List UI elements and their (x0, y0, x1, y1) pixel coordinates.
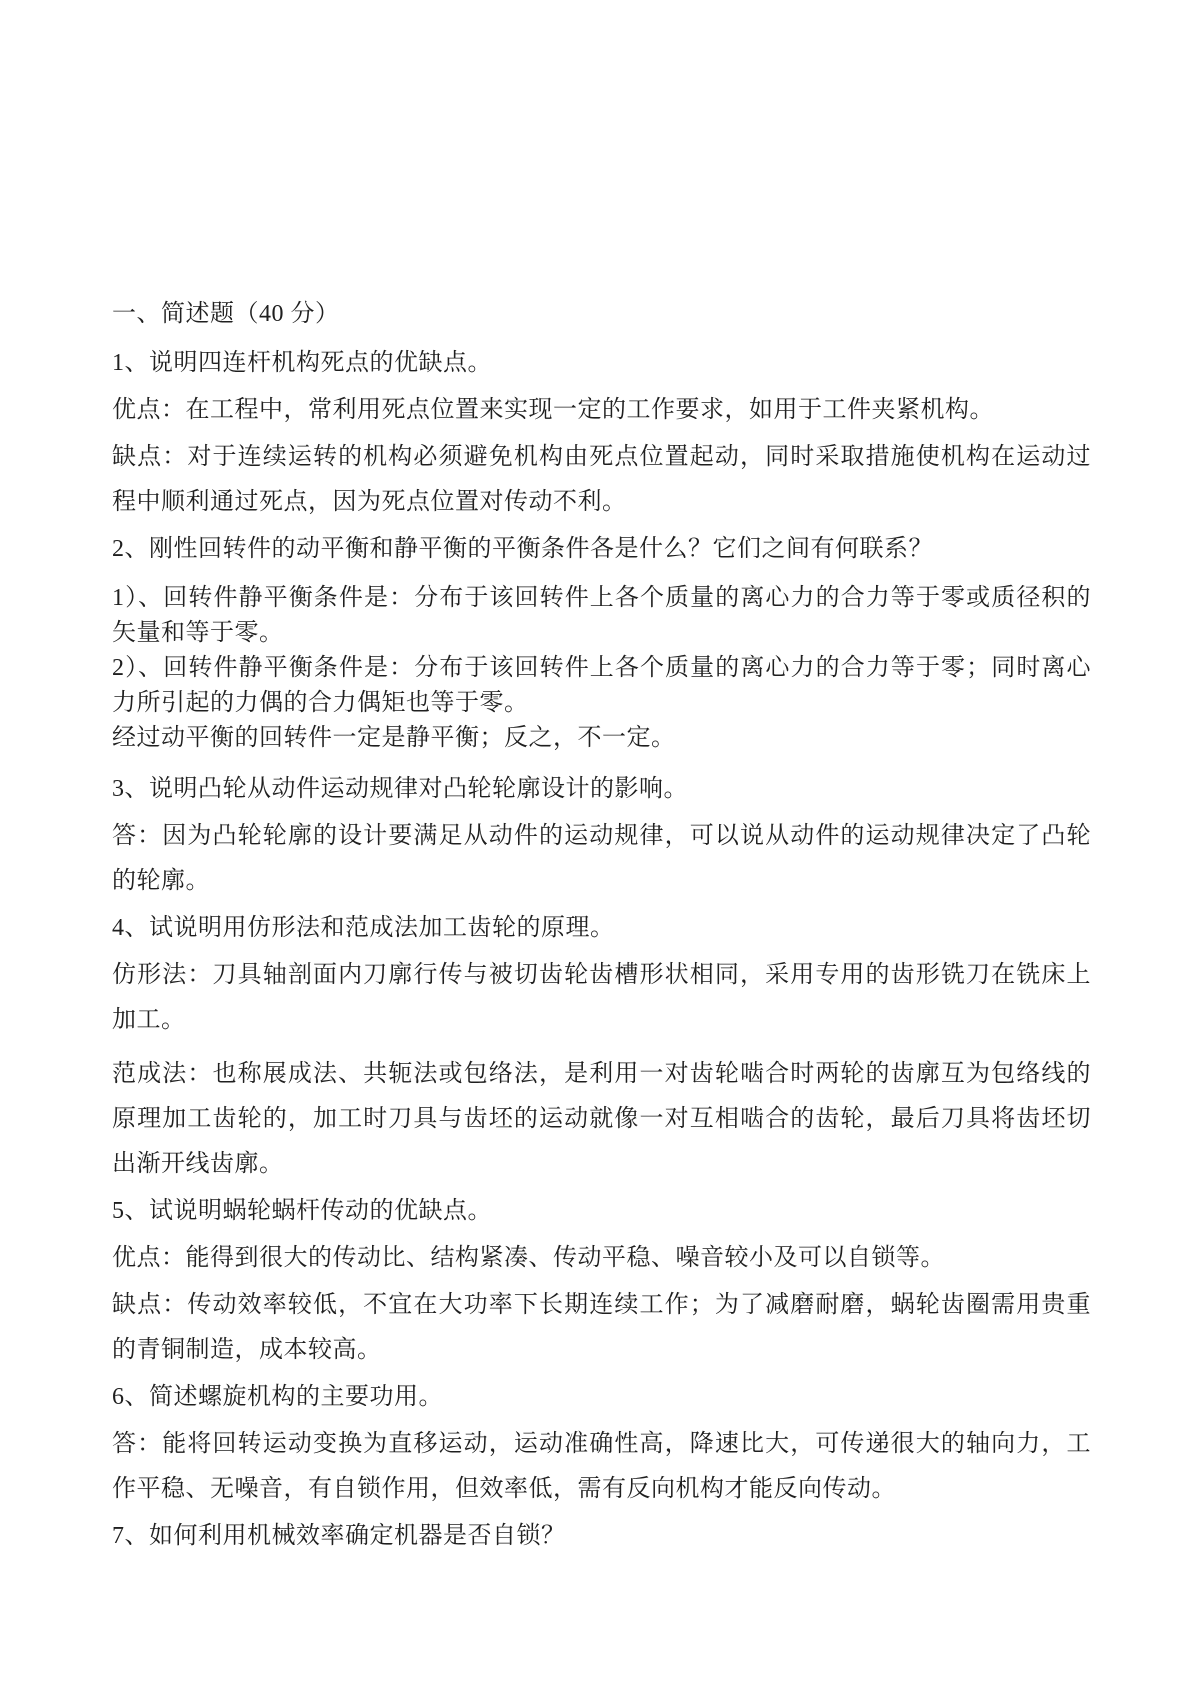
answer-1-pros: 优点：在工程中，常利用死点位置来实现一定的工作要求，如用于工件夹紧机构。 (112, 388, 1091, 433)
answer-1-cons: 缺点：对于连续运转的机构必须避免机构由死点位置起动，同时采取措施使机构在运动过程… (112, 435, 1091, 525)
answer-4-copying-method: 仿形法：刀具轴剖面内刀廓行传与被切齿轮齿槽形状相同，采用专用的齿形铣刀在铣床上加… (112, 953, 1091, 1043)
question-6: 6、简述螺旋机构的主要功用。 (112, 1375, 1091, 1420)
answer-3: 答：因为凸轮轮廓的设计要满足从动件的运动规律，可以说从动件的运动规律决定了凸轮的… (112, 814, 1091, 904)
question-2: 2、刚性回转件的动平衡和静平衡的平衡条件各是什么？它们之间有何联系？ (112, 527, 1091, 572)
question-5: 5、试说明蜗轮蜗杆传动的优缺点。 (112, 1189, 1091, 1234)
question-1: 1、说明四连杆机构死点的优缺点。 (112, 341, 1091, 386)
document-content: 一、简述题（40 分） 1、说明四连杆机构死点的优缺点。 优点：在工程中，常利用… (112, 292, 1091, 1561)
question-3: 3、说明凸轮从动件运动规律对凸轮轮廓设计的影响。 (112, 767, 1091, 812)
answer-2-static-balance: 1）、回转件静平衡条件是：分布于该回转件上各个质量的离心力的合力等于零或质径积的… (112, 581, 1091, 651)
question-7: 7、如何利用机械效率确定机器是否自锁？ (112, 1514, 1091, 1559)
answer-2-relation: 经过动平衡的回转件一定是静平衡；反之，不一定。 (112, 721, 1091, 756)
answer-5-cons: 缺点：传动效率较低，不宜在大功率下长期连续工作；为了减磨耐磨，蜗轮齿圈需用贵重的… (112, 1283, 1091, 1373)
answer-6: 答：能将回转运动变换为直移运动，运动准确性高，降速比大，可传递很大的轴向力，工作… (112, 1422, 1091, 1512)
answer-4-generating-method: 范成法：也称展成法、共轭法或包络法，是利用一对齿轮啮合时两轮的齿廓互为包络线的原… (112, 1052, 1091, 1187)
answer-5-pros: 优点：能得到很大的传动比、结构紧凑、传动平稳、噪音较小及可以自锁等。 (112, 1236, 1091, 1281)
answer-2-dynamic-balance: 2）、回转件静平衡条件是：分布于该回转件上各个质量的离心力的合力等于零；同时离心… (112, 651, 1091, 721)
section-heading: 一、简述题（40 分） (112, 292, 1091, 337)
question-4: 4、试说明用仿形法和范成法加工齿轮的原理。 (112, 906, 1091, 951)
document-page: 一、简述题（40 分） 1、说明四连杆机构死点的优缺点。 优点：在工程中，常利用… (0, 0, 1187, 1683)
